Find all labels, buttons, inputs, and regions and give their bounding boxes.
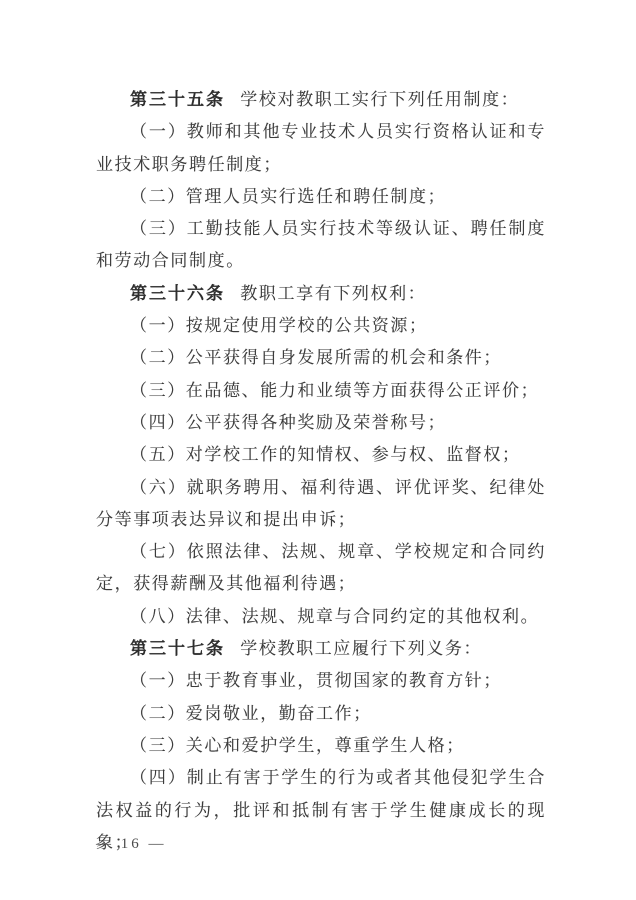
article-number: 第三十七条 [130,639,225,658]
clause-paragraph: （四）公平获得各种奖励及荣誉称号； [96,407,546,439]
document-body: 第三十五条学校对教职工实行下列任用制度：（一）教师和其他专业技术人员实行资格认证… [96,84,546,859]
clause-paragraph: （二）管理人员实行选任和聘任制度； [96,181,546,213]
document-page: 第三十五条学校对教职工实行下列任用制度：（一）教师和其他专业技术人员实行资格认证… [0,0,636,900]
clause-paragraph: （一）忠于教育事业，贯彻国家的教育方针； [96,665,546,697]
article-number: 第三十五条 [130,90,225,109]
article-heading: 第三十六条教职工享有下列权利： [96,278,546,310]
clause-paragraph: （六）就职务聘用、福利待遇、评优评奖、纪律处分等事项表达异议和提出申诉； [96,472,546,537]
clause-paragraph: （三）工勤技能人员实行技术等级认证、聘任制度和劳动合同制度。 [96,213,546,278]
clause-paragraph: （三）在品德、能力和业绩等方面获得公正评价； [96,375,546,407]
clause-paragraph: （三）关心和爱护学生，尊重学生人格； [96,730,546,762]
article-heading: 第三十五条学校对教职工实行下列任用制度： [96,84,546,116]
clause-paragraph: （五）对学校工作的知情权、参与权、监督权； [96,439,546,471]
clause-paragraph: （八）法律、法规、规章与合同约定的其他权利。 [96,601,546,633]
clause-paragraph: （二）公平获得自身发展所需的机会和条件； [96,342,546,374]
article-heading: 第三十七条学校教职工应履行下列义务： [96,633,546,665]
article-number: 第三十六条 [130,284,225,303]
clause-paragraph: （七）依照法律、法规、规章、学校规定和合同约定，获得薪酬及其他福利待遇； [96,536,546,601]
clause-paragraph: （一）教师和其他专业技术人员实行资格认证和专业技术职务聘任制度； [96,116,546,181]
page-number: — 16 — [96,836,167,853]
clause-paragraph: （二）爱岗敬业，勤奋工作； [96,698,546,730]
clause-paragraph: （一）按规定使用学校的公共资源； [96,310,546,342]
